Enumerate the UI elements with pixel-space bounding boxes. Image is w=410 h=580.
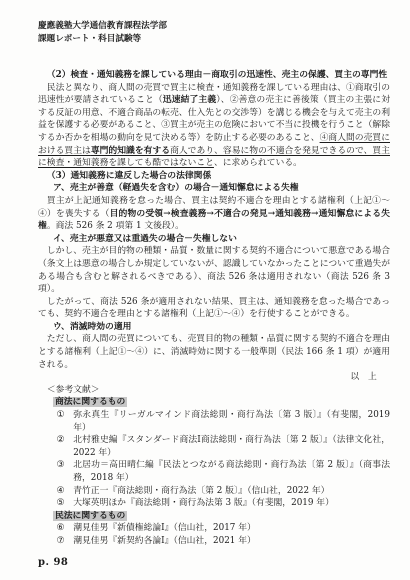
reference-number: ①	[56, 409, 73, 434]
reference-item: ③北居功＝高田晴仁編『民法とつながる商法総則・商行為法〔第 2 版〕』（商事法務…	[56, 459, 390, 484]
reference-item: ②北村雅史編『スタンダード商法Ⅰ商法総則・商行為法〔第 2 版〕』（法律文化社，…	[56, 434, 390, 459]
highlighted-label-text: 民法に関するもの	[53, 511, 127, 521]
sub-heading: ウ、消滅時効の適用	[38, 321, 390, 334]
text-run: 。商法 526 条 2 項第 1 文後段）。	[47, 221, 184, 231]
paragraph: しかし、売主が目的物の種類・品質・数量に関する契約不適合について悪意である場合（…	[38, 245, 390, 295]
paragraph: 買主が上記通知義務を怠った場合、買主は契約不適合を理由とする諸権利（上記①～④）…	[38, 195, 390, 233]
section-heading: （3）通知義務に違反した場合の法律関係	[38, 170, 390, 183]
document-type: 課題レポート・科目試験等	[38, 33, 390, 46]
reference-number: ④	[56, 485, 73, 498]
paragraph: 民法と異なり、商人間の売買で買主に検査・通知義務を課している理由は、①商取引の迅…	[38, 82, 390, 170]
reference-category-label: 商法に関するもの	[53, 396, 390, 409]
paragraph: ただし、商人間の売買についても、売買目的物の種類・品質に関する契約不適合を理由と…	[38, 333, 390, 371]
reference-text: 北村雅史編『スタンダード商法Ⅰ商法総則・商行為法〔第 2 版〕』（法律文化社，2…	[73, 434, 390, 459]
sub-heading: イ、売主が悪意又は重過失の場合－失権しない	[38, 233, 390, 246]
reference-text: 青竹正一『商法総則・商行為法〔第 2 版〕』（信山社，2022 年）	[73, 485, 390, 498]
reference-text: 弥永真生『リーガルマインド商法総則・商行為法〔第 3 版〕』（有斐閣，2019 …	[73, 409, 390, 434]
section-heading: （2）検査・通知義務を課している理由－商取引の迅速性、売主の保護、買主の専門性	[38, 69, 390, 82]
reference-text: 潮見佳男『新債権総論Ⅰ』（信山社，2017 年）	[73, 522, 390, 535]
reference-item: ④青竹正一『商法総則・商行為法〔第 2 版〕』（信山社，2022 年）	[56, 485, 390, 498]
reference-item: ①弥永真生『リーガルマインド商法総則・商行為法〔第 3 版〕』（有斐閣，2019…	[56, 409, 390, 434]
text-run: イ、売主が悪意又は重過失の場合－失権しない	[53, 234, 237, 244]
text-run: したがって、商法 526 条が適用されない結果、買主は、通知義務を怠った場合であ…	[38, 297, 390, 320]
highlighted-label-text: 商法に関するもの	[53, 397, 127, 407]
document-header: 慶應義塾大学通信教育課程法学部 課題レポート・科目試験等	[38, 20, 390, 46]
text-run: 迅速結了主義	[163, 95, 216, 105]
reference-text: 北居功＝高田晴仁編『民法とつながる商法総則・商行為法〔第 2 版〕』（商事法務，…	[73, 459, 390, 484]
page-number: p. 98	[38, 557, 390, 568]
reference-text: 大塚英明ほか『商法総則・商行為法第 3 版』（有斐閣，2019 年）	[73, 497, 390, 510]
closing: 以 上	[38, 371, 390, 384]
references-section: ＜参考文献＞ 商法に関するもの①弥永真生『リーガルマインド商法総則・商行為法〔第…	[38, 384, 390, 548]
text-run: ウ、消滅時効の適用	[53, 322, 131, 332]
reference-number: ⑤	[56, 497, 73, 510]
document-body: （2）検査・通知義務を課している理由－商取引の迅速性、売主の保護、買主の専門性民…	[38, 69, 390, 384]
document-page: 慶應義塾大学通信教育課程法学部 課題レポート・科目試験等 （2）検査・通知義務を…	[0, 0, 410, 580]
sub-heading: ア、売主が善意（軽過失を含む）の場合－通知懈怠による失権	[38, 182, 390, 195]
reference-text: 潮見佳男『新契約各論Ⅰ』（信山社，2021 年）	[73, 535, 390, 548]
reference-number: ⑥	[56, 522, 73, 535]
university-name: 慶應義塾大学通信教育課程法学部	[38, 20, 390, 33]
reference-item: ⑥潮見佳男『新債権総論Ⅰ』（信山社，2017 年）	[56, 522, 390, 535]
reference-number: ⑦	[56, 535, 73, 548]
references-list: 商法に関するもの①弥永真生『リーガルマインド商法総則・商行為法〔第 3 版〕』（…	[38, 396, 390, 547]
reference-category-label: 民法に関するもの	[53, 510, 390, 523]
text-run: しかし、売主が目的物の種類・品質・数量に関する契約不適合について悪意である場合（…	[38, 246, 390, 294]
text-run: ア、売主が善意（軽過失を含む）の場合－通知懈怠による失権	[53, 183, 299, 193]
reference-item: ⑤大塚英明ほか『商法総則・商行為法第 3 版』（有斐閣，2019 年）	[56, 497, 390, 510]
reference-number: ②	[56, 434, 73, 459]
references-title: ＜参考文献＞	[38, 384, 390, 397]
text-run: （3）通知義務に違反した場合の法律関係	[47, 171, 211, 181]
text-run: 専門的知識を有する	[91, 146, 170, 156]
paragraph: したがって、商法 526 条が適用されない結果、買主は、通知義務を怠った場合であ…	[38, 296, 390, 321]
text-run: （2）検査・通知義務を課している理由－商取引の迅速性、売主の保護、買主の専門性	[47, 70, 387, 80]
reference-number: ③	[56, 459, 73, 484]
text-run: ただし、商人間の売買についても、売買目的物の種類・品質に関する契約不適合を理由と…	[38, 334, 390, 369]
reference-item: ⑦潮見佳男『新契約各論Ⅰ』（信山社，2021 年）	[56, 535, 390, 548]
text-run: 、に求められている。	[214, 158, 302, 168]
text-run: 以 上	[350, 372, 376, 382]
